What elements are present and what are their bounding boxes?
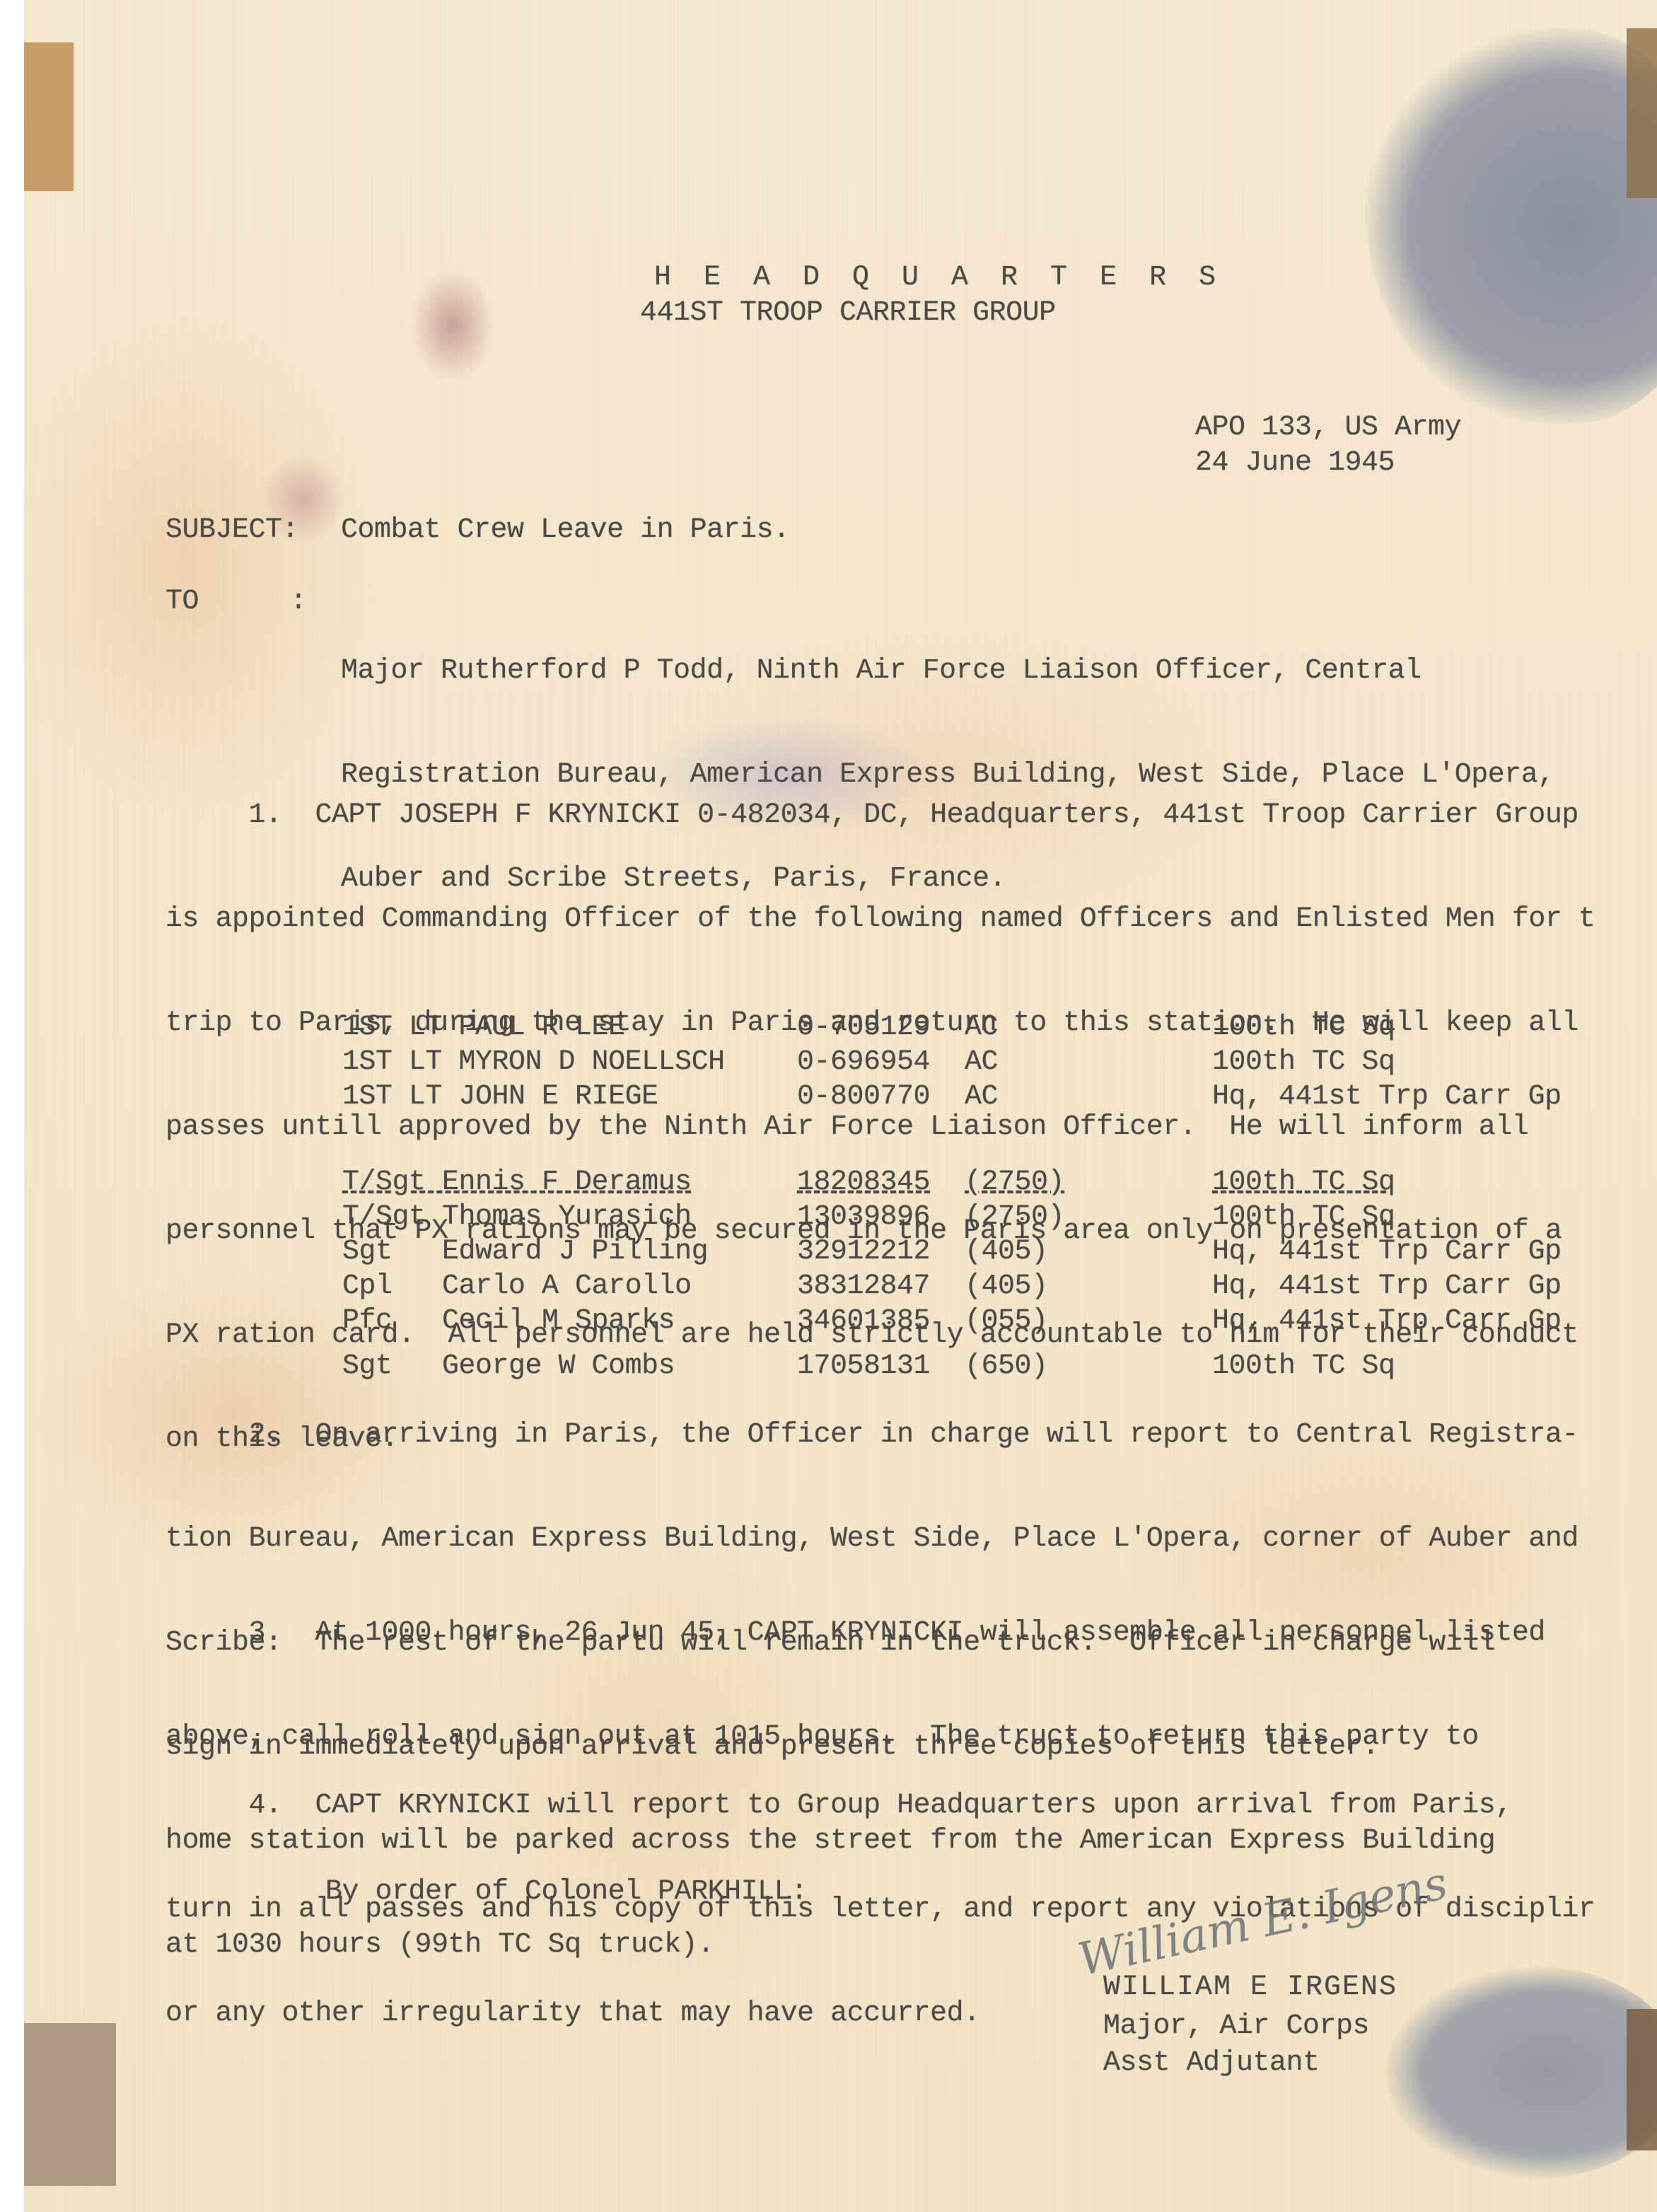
letterhead-unit: 441ST TROOP CARRIER GROUP	[640, 296, 1056, 330]
roster-unit: Hq, 441st Trp Carr Gp	[1212, 1079, 1562, 1114]
roster-code: AC	[965, 1079, 998, 1114]
roster-code: (055)	[965, 1304, 1048, 1338]
roster-name: Pfc Cecil M Sparks	[342, 1304, 675, 1338]
roster-serial: 0-800770	[797, 1079, 930, 1114]
roster-unit: 100th TC Sq	[1212, 1200, 1395, 1234]
roster-code: (2750)	[965, 1200, 1064, 1234]
subject-text: Combat Crew Leave in Paris.	[341, 513, 790, 548]
roster-name: 1ST LT MYRON D NOELLSCH	[342, 1045, 725, 1079]
to-line: Major Rutherford P Todd, Ninth Air Force…	[341, 654, 1554, 688]
roster-serial: 13039896	[797, 1200, 930, 1234]
roster-serial: 18208345	[797, 1165, 930, 1200]
letter-date: 24 June 1945	[1195, 446, 1395, 480]
roster-serial: 0-705129	[797, 1010, 930, 1045]
roster-code: AC	[965, 1045, 998, 1079]
paragraph-line: passes untill approved by the Ninth Air …	[165, 1110, 1595, 1145]
tape-bottom-left	[24, 2023, 116, 2186]
signatory-rank: Major, Air Corps	[1103, 2009, 1369, 2044]
letterhead-title: H E A D Q U A R T E R S	[654, 260, 1223, 295]
roster-serial: 38312847	[797, 1269, 930, 1304]
roster-serial: 32912212	[797, 1234, 930, 1269]
paragraph-line: 2. On arriving in Paris, the Officer in …	[165, 1418, 1578, 1452]
to-colon: :	[290, 584, 307, 619]
roster-name: Sgt Edward J Pilling	[342, 1234, 708, 1269]
closing-line: By order of Colonel PARKHILL:	[325, 1875, 808, 1909]
signatory-name: WILLIAM E IRGENS	[1103, 1970, 1397, 2005]
tape-top-left	[24, 42, 74, 191]
roster-name: Cpl Carlo A Carollo	[342, 1269, 692, 1304]
roster-name: 1ST LT PAUL R LEE	[342, 1010, 625, 1045]
roster-unit: 100th TC Sq	[1212, 1010, 1395, 1045]
signatory-title: Asst Adjutant	[1103, 2046, 1320, 2080]
roster-unit: Hq, 441st Trp Carr Gp	[1212, 1304, 1562, 1338]
roster-code: (2750)	[965, 1165, 1064, 1200]
roster-code: (405)	[965, 1269, 1048, 1304]
tape-bottom-right	[1627, 2009, 1657, 2150]
subject-label: SUBJECT:	[165, 513, 298, 548]
roster-serial: 34601385	[797, 1304, 930, 1338]
apo-address: APO 133, US Army	[1195, 410, 1461, 445]
roster-name: T/Sgt Ennis F Deramus	[342, 1165, 692, 1200]
tape-top-right	[1627, 28, 1657, 198]
roster-serial: 0-696954	[797, 1045, 930, 1079]
roster-name: 1ST LT JOHN E RIEGE	[342, 1079, 658, 1114]
roster-unit: Hq, 441st Trp Carr Gp	[1212, 1269, 1562, 1304]
roster-code: (405)	[965, 1234, 1048, 1269]
to-label: TO	[165, 584, 199, 619]
paragraph-line: is appointed Commanding Officer of the f…	[165, 902, 1595, 937]
paragraph-line: 1. CAPT JOSEPH F KRYNICKI 0-482034, DC, …	[165, 798, 1595, 833]
roster-name: T/Sgt Thomas Yurasich	[342, 1200, 692, 1234]
paragraph-line: 4. CAPT KRYNICKI will report to Group He…	[165, 1788, 1595, 1823]
roster-code: AC	[965, 1010, 998, 1045]
roster-unit: 100th TC Sq	[1212, 1045, 1395, 1079]
roster-unit: Hq, 441st Trp Carr Gp	[1212, 1234, 1562, 1269]
roster-unit: 100th TC Sq	[1212, 1165, 1395, 1200]
paragraph-line: 3. At 1000 hours, 26 Jun 45, CAPT KRYNIC…	[165, 1616, 1545, 1650]
